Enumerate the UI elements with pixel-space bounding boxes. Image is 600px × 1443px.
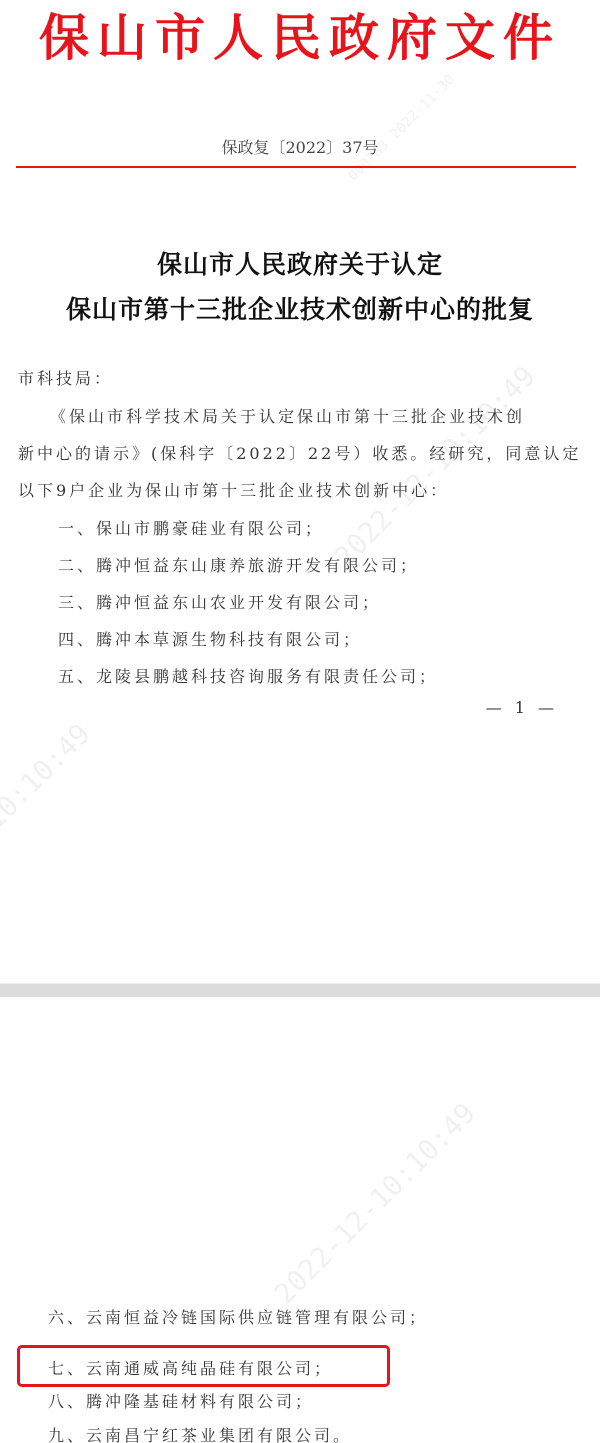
list-item: 五、龙陵县鹏越科技咨询服务有限责任公司；: [58, 664, 438, 687]
recipient: 市科技局：: [18, 366, 113, 389]
list-item: 六、云南恒益冷链国际供应链管理有限公司；: [48, 1305, 428, 1328]
document-page-1: 10:10:49 2022-12-10:10:49 000783 2022-11…: [0, 0, 600, 982]
header-divider: [16, 166, 576, 168]
watermark: 2022-12-10:10:49: [328, 359, 542, 573]
body-line: 以下9户企业为保山市第十三批企业技术创新中心：: [18, 478, 449, 501]
highlight-box: [17, 1345, 390, 1387]
document-title-line-2: 保山市第十三批企业技术创新中心的批复: [0, 290, 600, 326]
page-separator: [0, 983, 600, 998]
list-item: 九、云南昌宁红茶业集团有限公司。: [48, 1423, 352, 1443]
list-item: 四、腾冲本草源生物科技有限公司；: [58, 627, 362, 650]
list-item: 二、腾冲恒益东山康养旅游开发有限公司；: [58, 553, 419, 576]
body-line: 《保山市科学技术局关于认定保山市第十三批企业技术创: [50, 404, 525, 427]
document-title-line-1: 保山市人民政府关于认定: [0, 245, 600, 281]
list-item: 一、保山市鹏豪硅业有限公司；: [58, 516, 324, 539]
list-item: 三、腾冲恒益东山农业开发有限公司；: [58, 590, 381, 613]
page-number: — 1 —: [486, 698, 558, 717]
watermark: 10:10:49: [0, 717, 97, 836]
document-number: 保政复〔2022〕37号: [0, 135, 600, 158]
document-header: 保山市人民政府文件: [0, 8, 600, 68]
list-item: 八、腾冲隆基硅材料有限公司；: [48, 1389, 314, 1412]
watermark: 2022-12-10:10:49: [268, 1096, 482, 1310]
body-line: 新中心的请示》(保科字〔2022〕22号）收悉。经研究，同意认定: [18, 441, 581, 464]
